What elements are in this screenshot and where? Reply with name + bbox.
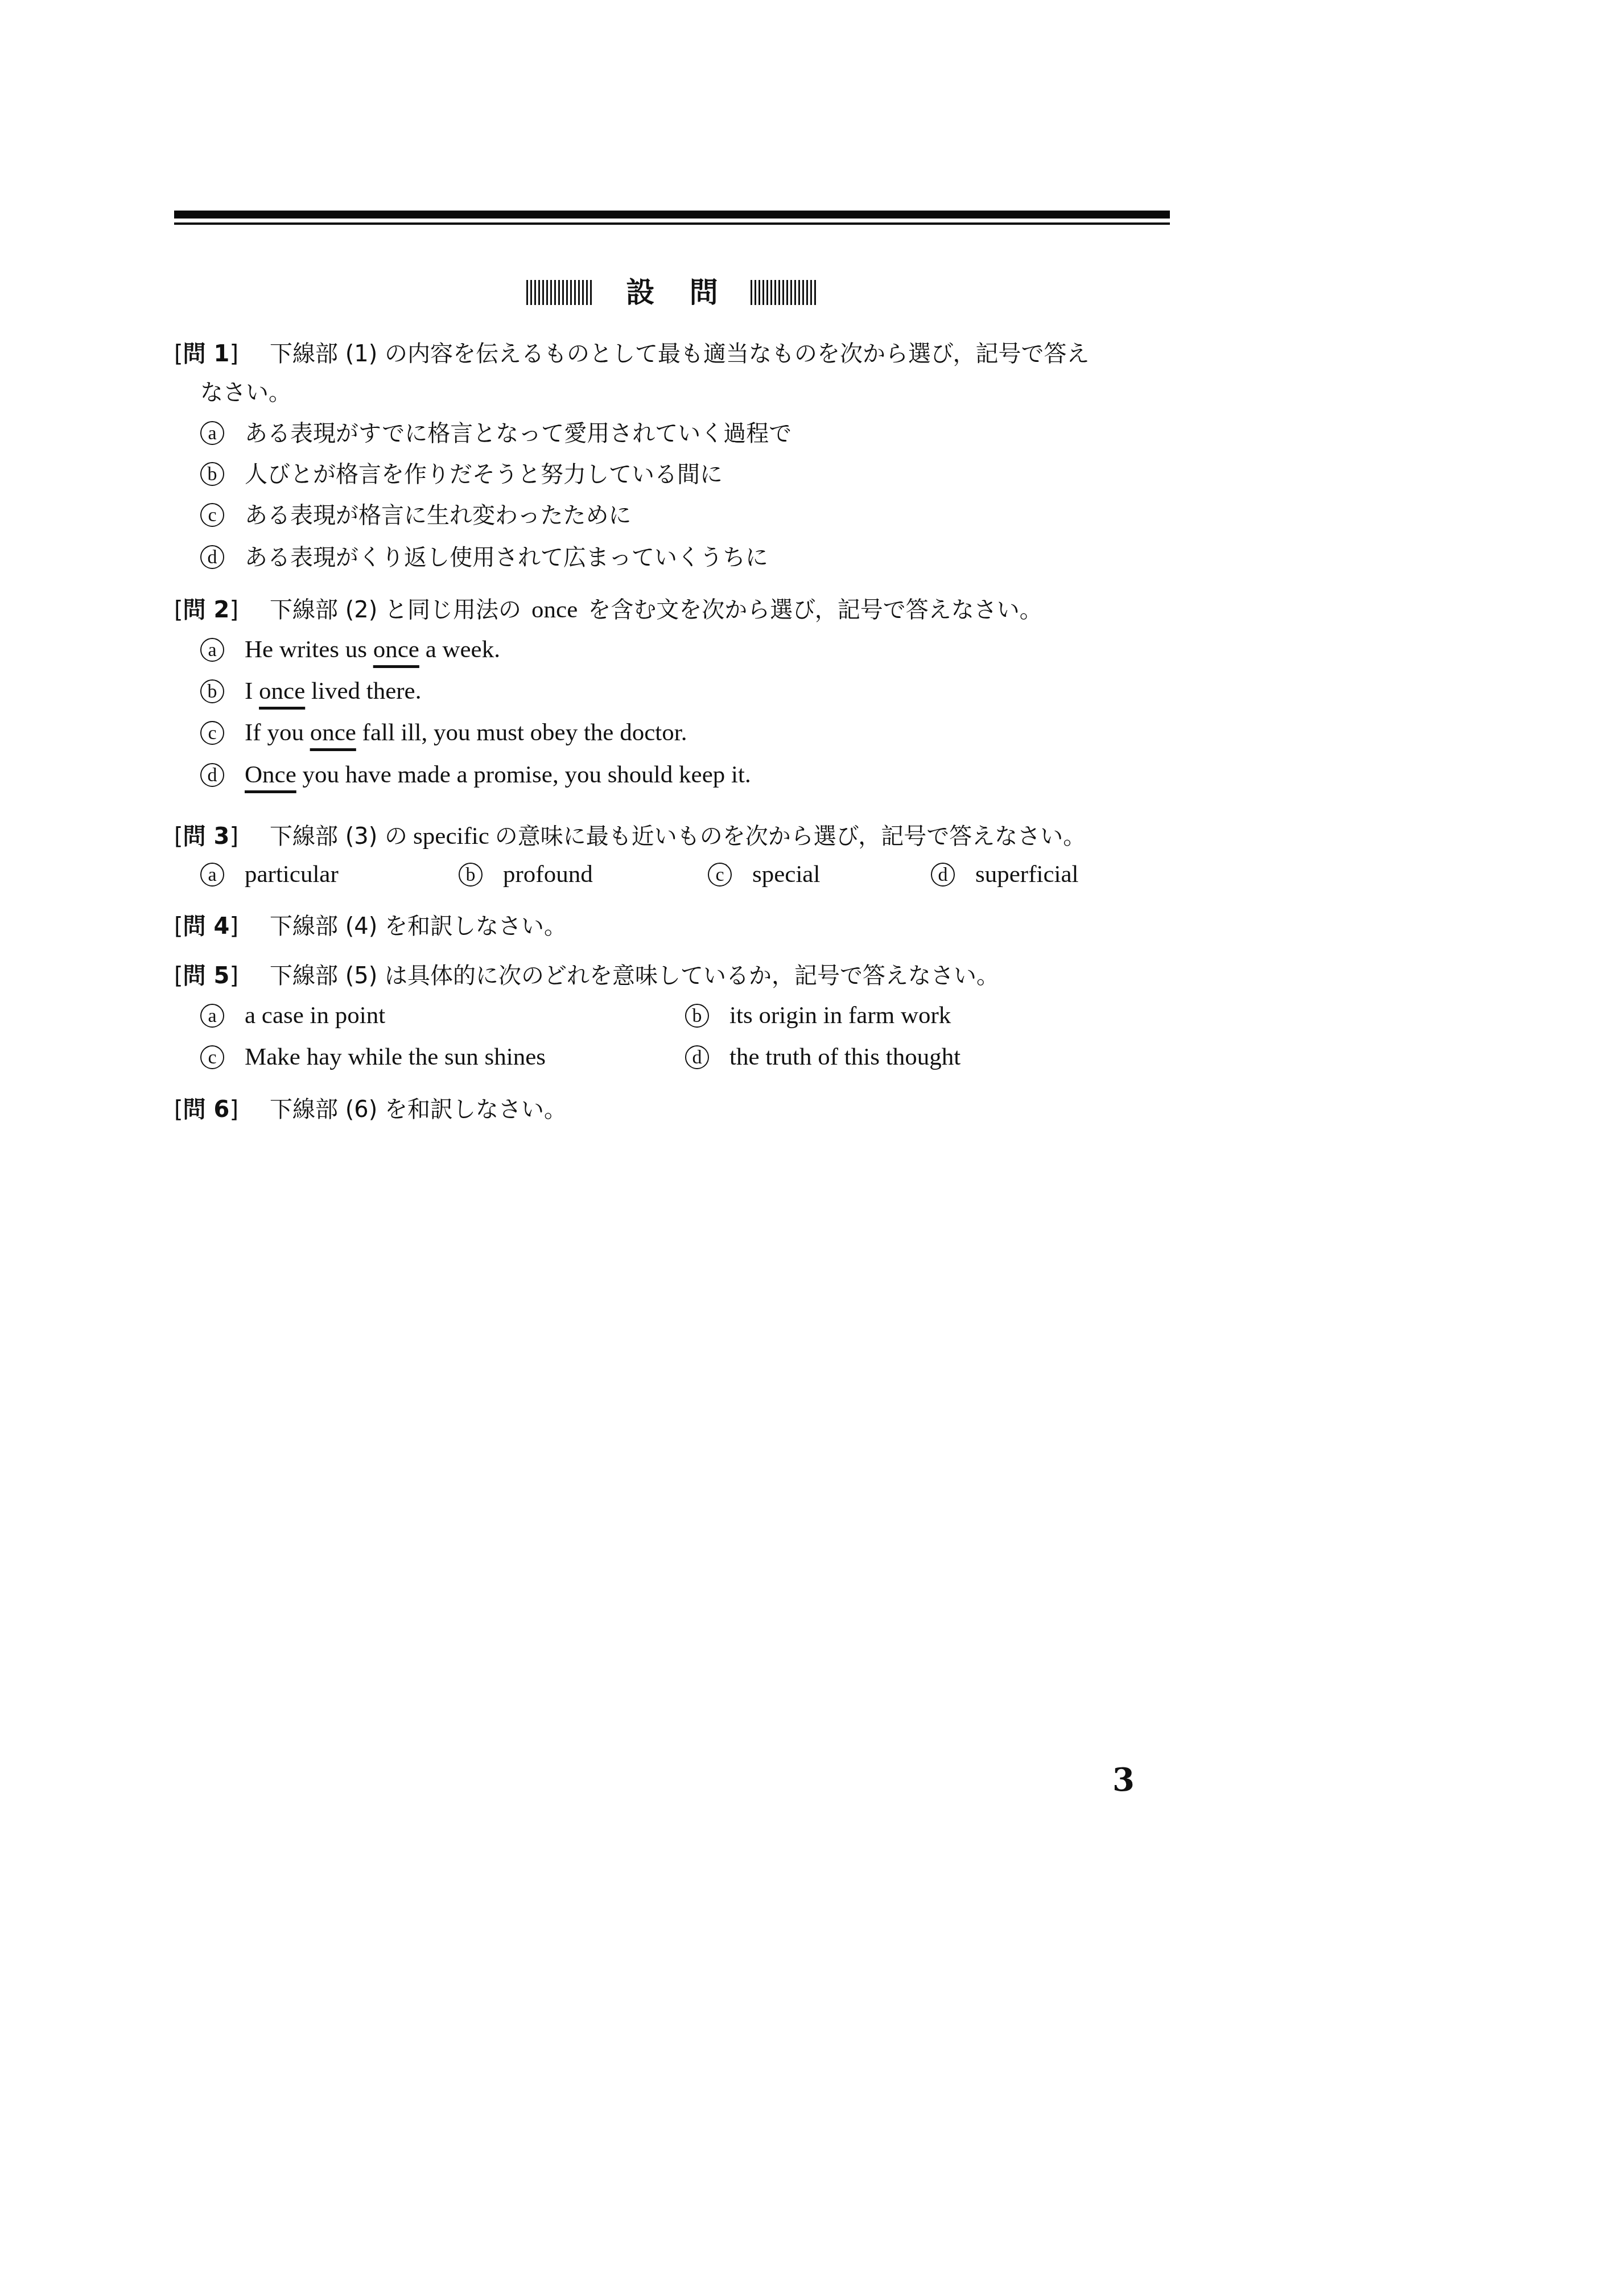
choice-text: its origin in farm work	[729, 1002, 951, 1029]
choice-text: a case in point	[245, 1002, 385, 1029]
page-number: 3	[1112, 1761, 1135, 1799]
choice-3a[interactable]: aparticular	[200, 858, 339, 892]
question-label: [問 6]	[174, 1093, 270, 1127]
choice-2d[interactable]: dOnce you have made a promise, you shoul…	[200, 758, 751, 792]
question-label: [問 1]	[174, 337, 270, 371]
keyword: once	[531, 596, 578, 623]
question-label: [問 3]	[174, 819, 270, 854]
question-5: [問 5]下線部 (5) は具体的に次のどれを意味しているか，記号で答えなさい。	[174, 959, 999, 993]
choice-text: special	[752, 861, 820, 888]
question-label: [問 2]	[174, 593, 270, 627]
underlined-word: once	[373, 636, 419, 663]
choice-text: you have made a promise, you should keep…	[296, 761, 751, 788]
underlined-word: Once	[245, 761, 296, 788]
question-label: [問 4]	[174, 909, 270, 943]
question-6: [問 6]下線部 (6) を和訳しなさい。	[174, 1093, 567, 1127]
choice-2c[interactable]: cIf you once fall ill, you must obey the…	[200, 716, 687, 750]
underlined-word: once	[310, 719, 356, 746]
choice-text: 人びとが格言を作りだそうと努力している間に	[245, 461, 723, 488]
section-heading: 設 問	[0, 267, 1344, 315]
header-rule-thick	[174, 211, 1170, 219]
choice-2a[interactable]: aHe writes us once a week.	[200, 633, 500, 667]
question-prompt: 下線部 (6) を和訳しなさい。	[270, 1097, 567, 1123]
keyword: specific	[413, 823, 489, 850]
choice-text: ある表現がすでに格言となって愛用されていく過程で	[245, 421, 791, 447]
choice-3d[interactable]: dsuperficial	[931, 858, 1078, 892]
choice-1a[interactable]: aある表現がすでに格言となって愛用されていく過程で	[200, 417, 791, 451]
question-3: [問 3]下線部 (3) のspecificの意味に最も近いものを次から選び，記…	[174, 819, 1086, 854]
question-2: [問 2]下線部 (2) と同じ用法のonceを含む文を次から選び，記号で答えな…	[174, 593, 1042, 627]
choice-1b[interactable]: b人びとが格言を作りだそうと努力している間に	[200, 457, 723, 492]
choice-text: Make hay while the sun shines	[245, 1044, 546, 1070]
choice-text: the truth of this thought	[729, 1044, 960, 1070]
question-prompt: 下線部 (2) と同じ用法の	[270, 597, 521, 623]
choice-mark-d: d	[200, 545, 224, 569]
heading-char-2: 問	[690, 270, 718, 315]
choice-mark-b: b	[200, 462, 224, 486]
underlined-word: once	[259, 678, 305, 704]
choice-mark-d: d	[931, 863, 955, 887]
decorative-bars-right	[751, 280, 818, 305]
question-prompt: 下線部 (1) の内容を伝えるものとして最も適当なものを次から選び，記号で答え	[270, 341, 1090, 367]
question-prompt: 下線部 (3) の	[270, 823, 407, 850]
choice-mark-b: b	[685, 1004, 709, 1028]
choice-mark-c: c	[708, 863, 732, 887]
choice-5c[interactable]: cMake hay while the sun shines	[200, 1040, 546, 1074]
choice-3c[interactable]: cspecial	[708, 858, 820, 892]
choice-mark-a: a	[200, 863, 224, 887]
choice-3b[interactable]: bprofound	[459, 858, 593, 892]
question-prompt-cont: を含む文を次から選び，記号で答えなさい。	[588, 597, 1042, 623]
choice-5a[interactable]: aa case in point	[200, 999, 385, 1033]
choice-text: particular	[245, 861, 339, 888]
choice-mark-a: a	[200, 1004, 224, 1028]
choice-mark-c: c	[200, 1045, 224, 1069]
choice-text: fall ill, you must obey the doctor.	[356, 719, 687, 746]
choice-mark-d: d	[200, 763, 224, 787]
choice-text: If you	[245, 719, 310, 746]
question-prompt: 下線部 (5) は具体的に次のどれを意味しているか，記号で答えなさい。	[270, 963, 999, 989]
header-rule-thin	[174, 222, 1170, 225]
question-prompt-cont: の意味に最も近いものを次から選び，記号で答えなさい。	[495, 823, 1086, 850]
decorative-bars-left	[526, 280, 593, 305]
heading-char-1: 設	[626, 270, 654, 315]
choice-mark-c: c	[200, 721, 224, 745]
question-label: [問 5]	[174, 959, 270, 993]
question-4: [問 4]下線部 (4) を和訳しなさい。	[174, 909, 567, 943]
choice-2b[interactable]: bI once lived there.	[200, 674, 421, 708]
choice-mark-b: b	[200, 679, 224, 703]
choice-mark-d: d	[685, 1045, 709, 1069]
choice-text: ある表現がくり返し使用されて広まっていくうちに	[245, 545, 768, 571]
choice-text: profound	[503, 861, 593, 888]
question-1: [問 1]下線部 (1) の内容を伝えるものとして最も適当なものを次から選び，記…	[174, 337, 1090, 371]
choice-mark-c: c	[200, 503, 224, 527]
question-prompt: 下線部 (4) を和訳しなさい。	[270, 913, 567, 939]
choice-1d[interactable]: dある表現がくり返し使用されて広まっていくうちに	[200, 541, 768, 575]
choice-text: I	[245, 678, 259, 704]
choice-text: a week.	[419, 636, 500, 663]
choice-1c[interactable]: cある表現が格言に生れ変わったために	[200, 498, 632, 533]
choice-mark-b: b	[459, 863, 483, 887]
question-1-prompt-cont: なさい。	[200, 376, 291, 410]
choice-text: superficial	[975, 861, 1078, 888]
choice-text: He writes us	[245, 636, 373, 663]
choice-text: lived there.	[305, 678, 421, 704]
choice-mark-a: a	[200, 638, 224, 662]
choice-5d[interactable]: dthe truth of this thought	[685, 1040, 960, 1074]
choice-text: ある表現が格言に生れ変わったために	[245, 502, 632, 529]
choice-5b[interactable]: bits origin in farm work	[685, 999, 951, 1033]
choice-mark-a: a	[200, 421, 224, 445]
